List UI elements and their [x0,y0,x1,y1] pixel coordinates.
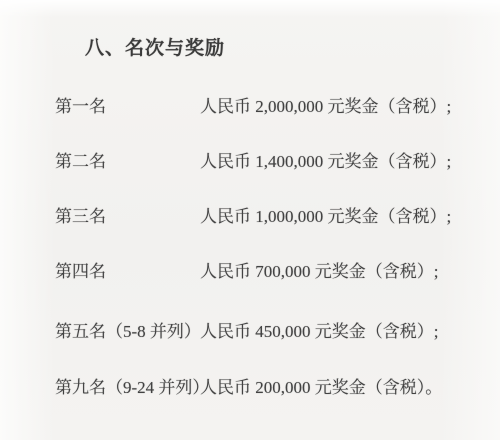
prize-row: 第三名 人民币 1,000,000 元奖金（含税）; [55,205,500,260]
prize-amount: 人民币 1,000,000 元奖金（含税）; [200,205,500,229]
prize-amount: 人民币 450,000 元奖金（含税）; [200,320,500,344]
prize-row: 第九名（9-24 并列） 人民币 200,000 元奖金（含税）。 [55,376,500,431]
prize-amount: 人民币 1,400,000 元奖金（含税）; [200,150,500,174]
section-title: 八、名次与奖励 [85,33,225,60]
rank-label: 第九名（9-24 并列） [55,376,200,400]
prize-row: 第二名 人民币 1,400,000 元奖金（含税）; [55,150,500,205]
rank-label: 第三名 [55,205,200,229]
prize-amount: 人民币 2,000,000 元奖金（含税）; [200,95,500,119]
rank-label: 第五名（5-8 并列） [55,320,200,344]
prize-row: 第一名 人民币 2,000,000 元奖金（含税）; [55,95,500,150]
rank-label: 第二名 [55,150,200,174]
prize-amount: 人民币 200,000 元奖金（含税）。 [200,376,500,400]
prize-amount: 人民币 700,000 元奖金（含税）; [200,260,500,284]
rank-label: 第一名 [55,95,200,119]
scanned-document-page: 八、名次与奖励 第一名 人民币 2,000,000 元奖金（含税）; 第二名 人… [0,0,500,440]
prize-row: 第五名（5-8 并列） 人民币 450,000 元奖金（含税）; [55,320,500,376]
prize-row: 第四名 人民币 700,000 元奖金（含税）; [55,260,500,320]
rank-label: 第四名 [55,260,200,284]
prize-list: 第一名 人民币 2,000,000 元奖金（含税）; 第二名 人民币 1,400… [55,95,500,431]
